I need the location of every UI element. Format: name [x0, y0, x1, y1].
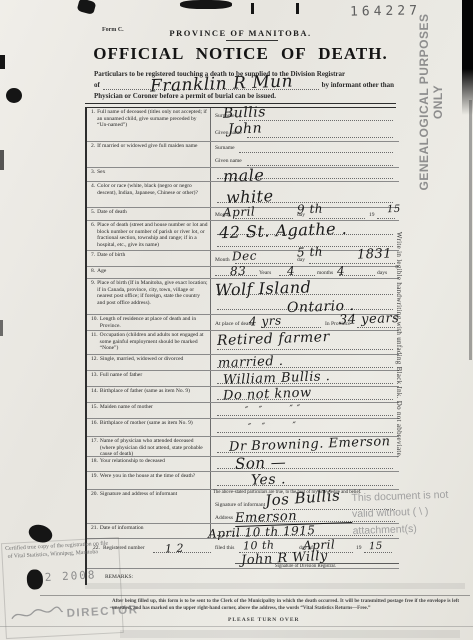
edge-mark [0, 150, 4, 170]
form-row-6: 6.Place of death (street and house numbe… [87, 221, 399, 251]
form-row-remarks: REMARKS: [87, 569, 399, 585]
row-label: Date of information [100, 525, 144, 538]
row-number: 17. [91, 438, 98, 456]
row-number: 6. [91, 222, 95, 250]
month-sublabel: Month [215, 212, 230, 218]
blank-line [235, 218, 293, 219]
address-sublabel: Address [215, 515, 233, 521]
row-number: 1. [91, 109, 95, 141]
day-of-label: day of [299, 545, 313, 551]
filed-this-label: filed this [215, 545, 234, 551]
ink-smudge [77, 0, 97, 15]
row-number: 19. [91, 473, 98, 489]
page-title: OFFICIAL NOTICE OF DEATH. [85, 44, 396, 64]
row-label: Length of residence at place of death an… [100, 316, 208, 330]
blank-line [357, 327, 395, 328]
row-number: 15. [91, 404, 98, 418]
blank-line [364, 552, 392, 553]
year-prefix: 19 [369, 212, 375, 218]
row-label: Single, married, widowed or divorced [100, 356, 183, 370]
intro-of: of [94, 80, 100, 91]
edge-mark [0, 320, 3, 336]
blank-line [339, 275, 375, 276]
blank-line [217, 485, 393, 486]
form-row-12: 12.Single, married, widowed or divorced [87, 355, 399, 371]
blank-line [247, 137, 393, 138]
row-label: Date of death [97, 209, 127, 220]
in-province-sublabel: In Province [325, 321, 351, 327]
ink-mark [251, 3, 254, 14]
blank-line [235, 263, 293, 264]
row-label: Birthplace of mother (same as item No. 9… [100, 420, 193, 436]
row-number: 9. [91, 280, 95, 314]
row-number: 13. [91, 372, 98, 386]
footer-rule-2 [0, 626, 473, 627]
row-number: 5. [91, 209, 95, 220]
row-label: Full name of deceased (titles only not a… [97, 109, 208, 141]
row-label: Were you in the house at the time of dea… [100, 473, 195, 489]
blank-line [217, 178, 393, 179]
months-sublabel: months [317, 270, 333, 276]
row-label: If married or widowed give full maiden n… [97, 143, 197, 167]
form-row-10: 10.Length of residence at place of death… [87, 315, 399, 331]
row-label: Occupation (children and adults not enga… [100, 332, 208, 354]
scan-streak [120, 630, 460, 638]
row-label: Signature and address of informant [100, 491, 177, 523]
ink-mark [296, 3, 299, 14]
form-row-18: 18.Your relationship to deceased [87, 457, 399, 472]
day-sublabel: day [297, 257, 305, 263]
years-sublabel: Years [259, 270, 271, 276]
intro-line-2-text: by informant other than [322, 80, 394, 91]
days-sublabel: days [377, 270, 387, 276]
blank-line [309, 218, 365, 219]
blank-line [217, 367, 393, 368]
day-sublabel: day [297, 212, 305, 218]
form-row-11: 11.Occupation (children and adults not e… [87, 331, 399, 355]
scanned-death-notice-page: 164227 Form C. PROVINCE OF MANITOBA. OFF… [0, 0, 473, 640]
footer-rule [40, 595, 470, 596]
blank-line [217, 432, 393, 433]
footer-instructions: After being filled up, this form is to b… [112, 599, 459, 613]
row-number: 12. [91, 356, 98, 370]
form-row-14: 14.Birthplace of father (same as item No… [87, 387, 399, 403]
surname-sublabel: Surname [215, 145, 235, 151]
row-label: Place of birth (If in Manitoba, give exa… [97, 280, 208, 314]
not-valid-stamp: This document is not valid without ( \ )… [351, 486, 473, 539]
row-label: Sex [97, 169, 105, 181]
blank-line [239, 120, 393, 121]
form-row-17: 17.Name of physician who attended deceas… [87, 437, 399, 457]
blank-line [377, 218, 395, 219]
form-row-19: 19.Were you in the house at the time of … [87, 472, 399, 490]
blank-line [153, 552, 211, 553]
form-row-5: 5.Date of death Month day 19 [87, 208, 399, 221]
row-label: Date of birth [97, 252, 125, 266]
row-label: Full name of father [100, 372, 142, 386]
scan-edge-bar [462, 0, 473, 115]
row-number: 2. [91, 143, 95, 167]
row-number: 10. [91, 316, 98, 330]
row-label: Name of physician who attended deceased … [100, 438, 208, 456]
blank-line [217, 383, 393, 384]
row-label: Maiden name of mother [100, 404, 153, 418]
blank-line [217, 294, 393, 295]
row-number: 8. [91, 268, 95, 278]
edge-mark [0, 55, 5, 69]
blank-line [261, 327, 321, 328]
province-heading: PROVINCE OF MANITOBA. [85, 28, 396, 38]
not-valid-line-3: attachment(s) [352, 518, 473, 539]
row-number: 4. [91, 183, 95, 207]
row-number: 20. [91, 491, 98, 523]
form-row-22: 22. Registered number filed this day of … [87, 539, 399, 569]
blank-line [317, 552, 353, 553]
blank-line [217, 468, 393, 469]
row-number: 11. [91, 332, 98, 354]
form-row-7: 7.Date of birth Month day [87, 251, 399, 267]
row-number: 16. [91, 420, 98, 436]
form-row-2: 2.If married or widowed give full maiden… [87, 142, 399, 168]
given-name-sublabel: Given name [215, 130, 242, 136]
row-number: 18. [91, 458, 98, 471]
blank-line [309, 263, 395, 264]
row-label: Birthplace of father (same as item No. 9… [100, 388, 190, 402]
blank-line [217, 309, 393, 310]
year-prefix: 19 [356, 545, 362, 551]
form-row-15: 15.Maiden name of mother [87, 403, 399, 419]
form-row-16: 16.Birthplace of mother (same as item No… [87, 419, 399, 437]
ink-blot [6, 88, 22, 103]
form-row-9: 9.Place of birth (If in Manitoba, give e… [87, 279, 399, 315]
signature-sublabel: Signature of informant [215, 502, 265, 508]
please-turn-over: PLEASE TURN OVER [228, 617, 300, 623]
scan-edge-line [469, 100, 472, 360]
form-row-13: 13.Full name of father [87, 371, 399, 387]
place-of-death-sublabel: At place of death [215, 321, 253, 327]
given-name-sublabel: Given name [215, 158, 242, 164]
genealogical-purposes-stamp: GENEALOGICAL PURPOSES ONLY [417, 7, 445, 197]
blank-line [239, 152, 393, 153]
row-number: 3. [91, 169, 95, 181]
row-number: 7. [91, 252, 95, 266]
blank-line [215, 275, 257, 276]
row-number: 14. [91, 388, 98, 402]
ink-smudge [180, 0, 232, 9]
form-row-8: 8.Age Years months days [87, 267, 399, 279]
margin-instruction-note: Write in legible handwriting with unfadi… [395, 209, 403, 481]
blank-line [217, 452, 393, 453]
row-label: Your relationship to deceased [100, 458, 165, 471]
form-row-3: 3.Sex [87, 168, 399, 182]
form-row-1: 1.Full name of deceased (titles only not… [87, 108, 399, 142]
row-number: 21. [91, 525, 98, 538]
month-sublabel: Month [215, 257, 230, 263]
blank-line [279, 275, 315, 276]
director-signature-icon [8, 604, 65, 625]
certification-date-stamp: 2 2008 [44, 568, 96, 584]
heading-rule [226, 40, 278, 41]
row-label: Color or race (white, black (negro or ne… [97, 183, 208, 207]
blank-line [217, 234, 393, 235]
blank-line [217, 399, 393, 400]
blank-line [217, 349, 393, 350]
blank-line [217, 246, 393, 247]
blank-line [217, 415, 393, 416]
surname-sublabel: Surname [215, 113, 235, 119]
ink-blot [26, 569, 43, 590]
serial-number-stamp: 164227 [350, 3, 421, 19]
row-label: Age [97, 268, 106, 278]
row-label: Place of death (street and house number … [97, 222, 208, 250]
blank-line [247, 165, 393, 166]
blank-line [217, 202, 393, 203]
form-row-4: 4.Color or race (white, black (negro or … [87, 182, 399, 208]
blank-line [239, 552, 295, 553]
